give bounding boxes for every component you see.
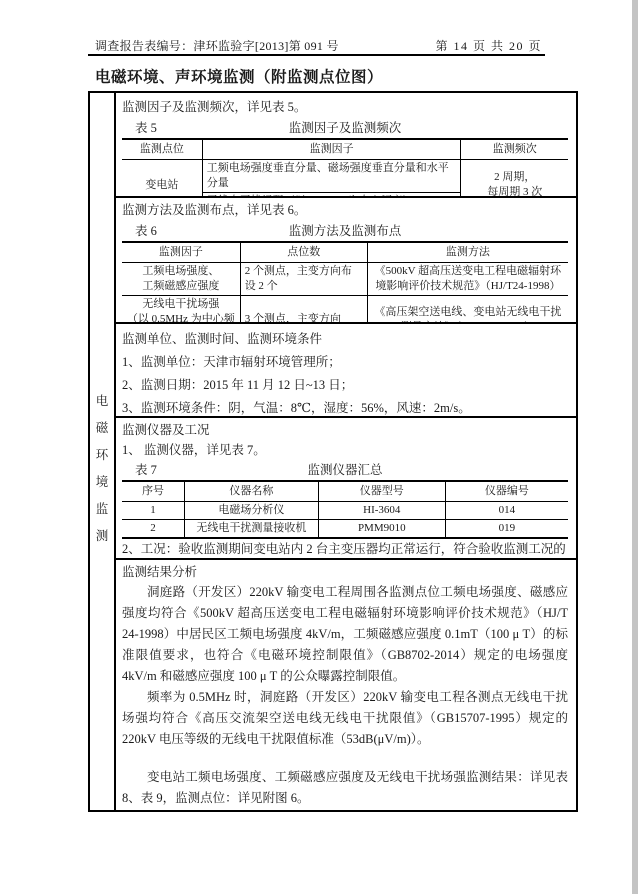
list-item: 1、监测单位：天津市辐射环境管理所； (122, 351, 568, 374)
table-row: 无线电干扰场强 （以 0.5MHz 为中心频率） 3 个测点，主变方向 《高压架… (122, 296, 568, 323)
table-cell: 无线电干扰场强 （以 0.5MHz 为中心频率） (122, 296, 240, 323)
table-cell: 014 (445, 502, 568, 520)
result-paragraph: 频率为 0.5MHz 时，洞庭路（开发区）220kV 输变电工程各测点无线电干扰… (122, 687, 568, 750)
table-cell: 2 个测点，主变方向布设 2 个 (240, 263, 367, 296)
sidebar-label-cell: 电 磁 环 境 监 测 (90, 93, 116, 810)
table-cell: 1 (122, 502, 184, 520)
table-cell: 3 个测点，主变方向 (240, 296, 367, 323)
table-header-row: 监测因子 点位数 监测方法 (122, 242, 568, 263)
table5-caption: 表 5 监测因子及监测频次 (122, 118, 568, 138)
table-cell: 2 周期， 每周期 3 次 (461, 160, 568, 197)
column-header: 监测因子 (202, 139, 461, 160)
table-row: 2 无线电干扰测量接收机 PMM9010 019 (122, 520, 568, 539)
table-header-row: 监测点位 监测因子 监测频次 (122, 139, 568, 160)
table-row: 1 电磁场分析仪 HI-3604 014 (122, 502, 568, 520)
column-header: 监测方法 (367, 242, 568, 263)
section-instruments: 监测仪器及工况 1、 监测仪器，详见表 7。 表 7 监测仪器汇总 序号 仪器名… (116, 416, 576, 558)
table-content-column: 监测因子及监测频次，详见表 5。 表 5 监测因子及监测频次 监测点位 监测因子… (116, 93, 576, 810)
table-header-row: 序号 仪器名称 仪器型号 仪器编号 (122, 481, 568, 502)
table6-title: 监测方法及监测布点 (289, 224, 402, 238)
sidebar-label: 电 磁 环 境 监 测 (96, 388, 109, 550)
section-unit-time-conditions: 监测单位、监测时间、监测环境条件 1、监测单位：天津市辐射环境管理所； 2、监测… (116, 322, 576, 416)
column-header: 监测频次 (461, 139, 568, 160)
list-item: 3、监测环境条件：阴，气温：8℃，湿度：56%，风速：2m/s。 (122, 397, 568, 416)
table-cell: 2 (122, 520, 184, 539)
header-rule (88, 54, 545, 56)
page-title: 电磁环境、声环境监测（附监测点位图） (95, 65, 383, 87)
table-cell: 《500kV 超高压送变电工程电磁辐射环境影响评价技术规范》（HJ/T24-19… (367, 263, 568, 296)
table-cell: 工频电场强度、 工频磁感应强度 (122, 263, 240, 296)
table-cell: 019 (445, 520, 568, 539)
table-cell: 无线电干扰测量接收机 (184, 520, 318, 539)
table-cell: 变电站 (122, 160, 202, 197)
scan-edge-strip (632, 0, 638, 894)
table-5: 监测点位 监测因子 监测频次 变电站 工频电场强度垂直分量、磁场强度垂直分量和水… (122, 138, 568, 196)
table-row: 工频电场强度、 工频磁感应强度 2 个测点，主变方向布设 2 个 《500kV … (122, 263, 568, 296)
list-item: 2、工况：验收监测期间变电站内 2 台主变压器均正常运行，符合验收监测工况的要求… (122, 539, 568, 558)
table6-caption: 表 6 监测方法及监测布点 (122, 221, 568, 241)
table-7: 序号 仪器名称 仪器型号 仪器编号 1 电磁场分析仪 HI-3604 014 2 (122, 480, 568, 539)
table5-title: 监测因子及监测频次 (289, 121, 402, 135)
column-header: 序号 (122, 481, 184, 502)
result-paragraph: 洞庭路（开发区）220kV 输变电工程周围各监测点位工频电场强度、磁感应强度均符… (122, 582, 568, 687)
section-title: 监测单位、监测时间、监测环境条件 (122, 328, 568, 351)
report-number: 调查报告表编号：津环监验字[2013]第 091 号 (95, 37, 339, 54)
table7-caption: 表 7 监测仪器汇总 (122, 460, 568, 480)
column-header: 监测点位 (122, 139, 202, 160)
table7-label: 表 7 (135, 460, 157, 480)
table-cell: 电磁场分析仪 (184, 502, 318, 520)
table6-label: 表 6 (135, 221, 157, 241)
main-table: 电 磁 环 境 监 测 监测因子及监测频次，详见表 5。 表 5 监测因子及监测… (88, 91, 578, 812)
table-row: 变电站 工频电场强度垂直分量、磁场强度垂直分量和水平分量 2 周期， 每周期 3… (122, 160, 568, 193)
table-cell: HI-3604 (318, 502, 445, 520)
column-header: 仪器编号 (445, 481, 568, 502)
table-cell: 工频电场强度垂直分量、磁场强度垂直分量和水平分量 (202, 160, 461, 193)
table-6: 监测因子 点位数 监测方法 工频电场强度、 工频磁感应强度 2 个测点，主变方向… (122, 241, 568, 322)
column-header: 点位数 (240, 242, 367, 263)
page-number: 第 14 页 共 20 页 (435, 37, 542, 54)
list-item: 1、 监测仪器，详见表 7。 (122, 440, 568, 460)
section-intro: 监测因子及监测频次，详见表 5。 (122, 97, 568, 118)
result-paragraph: 变电站工频电场强度、工频磁感应强度及无线电干扰场强监测结果：详见表 8、表 9，… (122, 767, 568, 809)
column-header: 仪器名称 (184, 481, 318, 502)
column-header: 仪器型号 (318, 481, 445, 502)
section-intro: 监测方法及监测布点，详见表 6。 (122, 200, 568, 221)
list-item: 2、监测日期：2015 年 11 月 12 日~13 日； (122, 374, 568, 397)
section-title: 监测仪器及工况 (122, 420, 568, 440)
section-title: 监测结果分析 (122, 562, 568, 582)
column-header: 监测因子 (122, 242, 240, 263)
table-cell: 《高压架空送电线、变电站无线电干扰测量方法》（GB7349-2002） (367, 296, 568, 323)
table-cell: PMM9010 (318, 520, 445, 539)
section-methods-layout: 监测方法及监测布点，详见表 6。 表 6 监测方法及监测布点 监测因子 点位数 … (116, 196, 576, 322)
table5-label: 表 5 (135, 118, 157, 138)
section-result-analysis: 监测结果分析 洞庭路（开发区）220kV 输变电工程周围各监测点位工频电场强度、… (116, 558, 576, 810)
table7-title: 监测仪器汇总 (307, 463, 382, 477)
section-factors-frequency: 监测因子及监测频次，详见表 5。 表 5 监测因子及监测频次 监测点位 监测因子… (116, 93, 576, 196)
